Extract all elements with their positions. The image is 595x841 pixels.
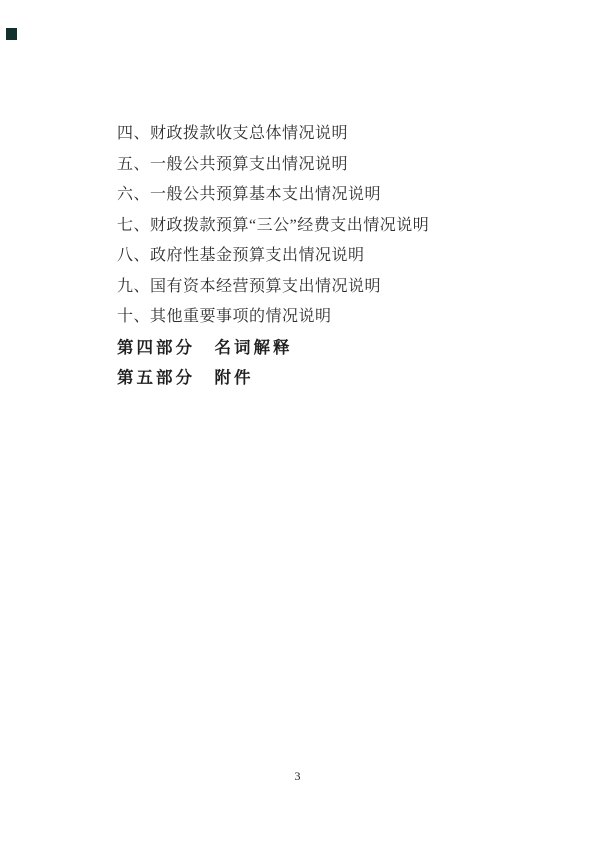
toc-item: 七、财政拨款预算“三公”经费支出情况说明 — [117, 211, 555, 242]
document-page: 四、财政拨款收支总体情况说明 五、一般公共预算支出情况说明 六、一般公共预算基本… — [0, 0, 595, 841]
table-of-contents: 四、财政拨款收支总体情况说明 五、一般公共预算支出情况说明 六、一般公共预算基本… — [117, 119, 555, 394]
toc-item: 四、财政拨款收支总体情况说明 — [117, 119, 555, 150]
toc-item: 八、政府性基金预算支出情况说明 — [117, 241, 555, 272]
scan-corner-mark — [6, 28, 17, 40]
page-number: 3 — [295, 769, 301, 783]
toc-section-heading: 第五部分 附件 — [117, 363, 555, 394]
toc-item: 九、国有资本经营预算支出情况说明 — [117, 272, 555, 303]
toc-item: 六、一般公共预算基本支出情况说明 — [117, 180, 555, 211]
page-footer: 3 — [0, 767, 595, 785]
toc-item: 五、一般公共预算支出情况说明 — [117, 150, 555, 181]
toc-item: 十、其他重要事项的情况说明 — [117, 302, 555, 333]
toc-section-heading: 第四部分 名词解释 — [117, 333, 555, 364]
